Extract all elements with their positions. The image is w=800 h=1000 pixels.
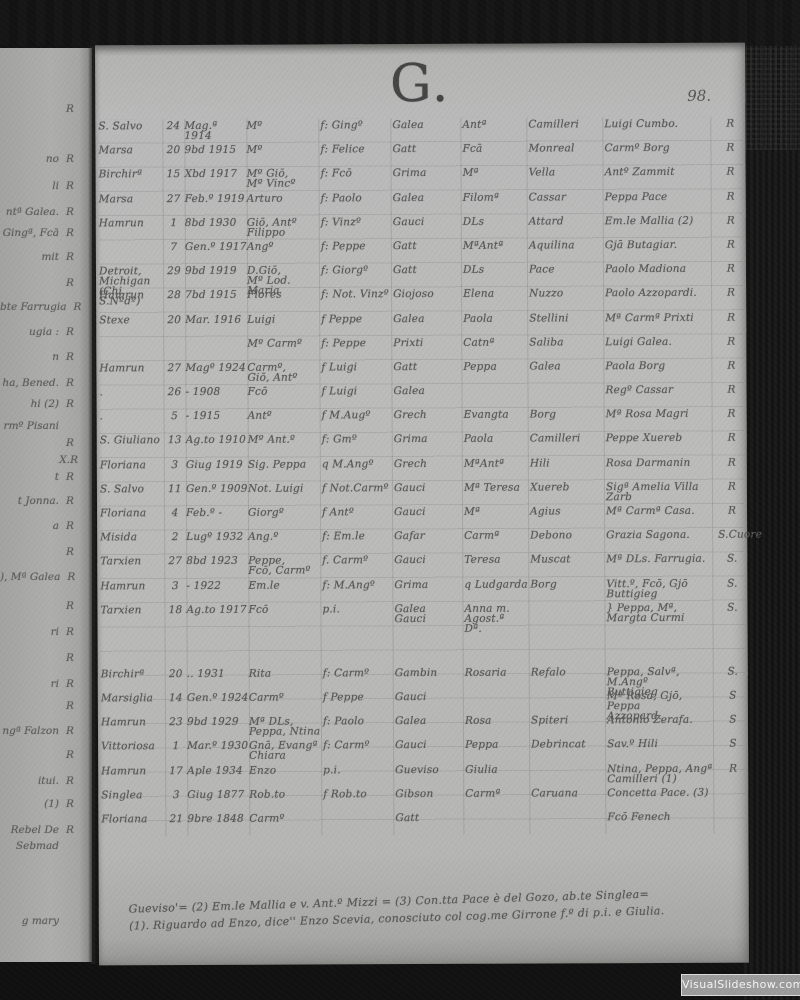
table-row: Hamrun18bd 1930Giō, Antº Filippof: Vinzº… bbox=[99, 213, 743, 240]
register-cell-father: f: Not. Vinzº bbox=[321, 289, 393, 299]
fragment-mark: R bbox=[66, 228, 78, 238]
table-row: Birchirª15Xbd 1917Mº Giō, Mº Vincºf: Fcō… bbox=[99, 165, 743, 192]
register-cell-mark: S bbox=[719, 691, 747, 701]
register-cell-spouse: Rosaria bbox=[465, 667, 531, 677]
register-cell-spouse_family: Borg bbox=[530, 409, 606, 419]
register-cell-place: S. Salvo bbox=[100, 484, 164, 494]
register-cell-name: Gnā, Evangª Chiara bbox=[249, 741, 323, 761]
register-cell-spouse: MªAntª bbox=[464, 458, 530, 468]
register-cell-place: S. Giuliano bbox=[100, 436, 164, 446]
fragment-mark: X.R bbox=[59, 455, 78, 465]
fragment-text: hi (2) bbox=[31, 398, 59, 410]
register-cell-day: 27 bbox=[163, 363, 185, 373]
register-cell-surname: Gatt bbox=[393, 241, 463, 251]
fragment-text: g mary bbox=[22, 915, 59, 927]
facing-page-fragment: (1)R bbox=[0, 799, 78, 809]
register-cell-name: Luigi bbox=[247, 314, 321, 324]
table-row: Hamrun17Aple 1934Enzop.i.GuevisoGiuliaNt… bbox=[101, 761, 745, 788]
register-cell-spouse_family: Agius bbox=[530, 506, 606, 516]
register-cell-place: Singlea bbox=[101, 790, 165, 800]
register-cell-spouse: Evangta bbox=[464, 410, 530, 420]
fragment-mark: R bbox=[66, 601, 78, 611]
register-cell-mark: R bbox=[717, 385, 745, 395]
register-cell-mark: R bbox=[718, 433, 746, 443]
register-cell-place: Misida bbox=[100, 532, 164, 542]
register-cell-date: Ag.to 1917 bbox=[186, 605, 248, 615]
table-row: .26- 1908Fcōf LuigiGaleaRegº CassarR bbox=[99, 383, 743, 410]
facing-page-fragment: ha, Bened.R bbox=[0, 378, 78, 388]
register-cell-date: Xbd 1917 bbox=[185, 169, 247, 179]
register-cell-spouse: Anna m. Agost.ª Dª. bbox=[464, 603, 530, 633]
table-row: Tarxien278bd 1923Peppe, Fcō, Carmºf. Car… bbox=[100, 552, 744, 579]
register-cell-mark: S bbox=[719, 739, 747, 749]
register-cell-day: 20 bbox=[162, 145, 184, 155]
register-cell-surname: Gatt bbox=[393, 265, 463, 275]
register-cell-spouse: DLs bbox=[463, 265, 529, 275]
register-cell-place: Vittoriosa bbox=[101, 741, 165, 751]
scanned-register-page: RnoRliRntª Galea.RGingª, FcāRmitRRbte Fa… bbox=[0, 0, 800, 1000]
register-cell-father: f Luigi bbox=[321, 386, 393, 396]
table-row: Floriana4Feb.º -Giorgºf AntºGauciMªAgius… bbox=[100, 504, 744, 531]
register-cell-father: f M.Augº bbox=[322, 410, 394, 420]
register-cell-name: Mº Ant.º bbox=[248, 435, 322, 445]
register-cell-date: .. 1931 bbox=[187, 669, 249, 679]
register-cell-date: 9bre 1848 bbox=[187, 814, 249, 824]
table-row: Vittoriosa1Mar.º 1930Gnā, Evangª Chiaraf… bbox=[101, 737, 745, 764]
register-cell-mark: R bbox=[718, 457, 746, 467]
register-cell-surname: Grech bbox=[394, 458, 464, 468]
register-cell-spouse: Paola bbox=[464, 434, 530, 444]
register-cell-day: 13 bbox=[164, 435, 186, 445]
facing-page-fragment: hi (2)R bbox=[0, 399, 78, 409]
register-cell-date: Lugº 1932 bbox=[186, 532, 248, 542]
register-cell-witnesses: Vitt.º, Fcō, Gjō Buttigieg bbox=[606, 578, 718, 598]
fragment-text: Sebmad bbox=[16, 840, 59, 852]
register-cell-place: Hamrun bbox=[99, 290, 163, 300]
table-row: Misida2Lugº 1932Ang.ºf: Em.leGafarCarmªD… bbox=[100, 528, 744, 555]
register-cell-father: f: Vinzº bbox=[321, 217, 393, 227]
register-cell-place: Hamrun bbox=[99, 218, 163, 228]
register-cell-date: Feb.º - bbox=[186, 508, 248, 518]
register-cell-name: Mª DLs, Peppa, Ntina bbox=[249, 717, 323, 737]
register-cell-father: f: Em.le bbox=[322, 531, 394, 541]
register-cell-spouse: Giulia bbox=[465, 764, 531, 774]
fragment-mark: R bbox=[66, 496, 78, 506]
register-cell-witnesses: Peppa Pace bbox=[605, 191, 717, 201]
register-cell-mark: S bbox=[719, 715, 747, 725]
register-cell-father: f Peppe bbox=[321, 314, 393, 324]
register-cell-date: 9bd 1915 bbox=[184, 145, 246, 155]
register-cell-date: 9bd 1929 bbox=[187, 717, 249, 727]
register-cell-spouse: Mª bbox=[463, 168, 529, 178]
register-cell-witnesses: Carmº Borg bbox=[604, 143, 716, 153]
register-cell-surname: Galea bbox=[393, 386, 463, 396]
register-cell-place: Floriana bbox=[100, 460, 164, 470]
register-cell-mark: R bbox=[718, 409, 746, 419]
register-cell-place: . bbox=[99, 387, 163, 397]
register-cell-spouse_family: Saliba bbox=[529, 337, 605, 347]
facing-page-fragment: ), Mª GaleaR bbox=[0, 572, 78, 582]
register-cell-father: f: Paolo bbox=[321, 193, 393, 203]
register-cell-witnesses: Mª DLs. Farrugia. bbox=[606, 554, 718, 564]
register-cell-name: Mº bbox=[246, 145, 320, 155]
fragment-text: Rebel De bbox=[11, 824, 59, 836]
register-cell-mark: R bbox=[717, 240, 745, 250]
table-row: Hamrun239bd 1929Mª DLs, Peppa, Ntinaf: P… bbox=[101, 713, 745, 740]
register-cell-father: f: Gmº bbox=[322, 435, 394, 445]
register-cell-mark: S. bbox=[718, 578, 746, 588]
register-cell-spouse_family: Borg bbox=[530, 579, 606, 589]
register-cell-day: 24 bbox=[162, 121, 184, 131]
register-cell-spouse_family: Attard bbox=[529, 216, 605, 226]
facing-page-fragment: ntª Galea.R bbox=[0, 207, 78, 217]
fragment-mark: R bbox=[66, 653, 78, 663]
fragment-text: no bbox=[46, 153, 59, 165]
fragment-mark: R bbox=[66, 627, 78, 637]
fragment-mark: R bbox=[66, 521, 78, 531]
register-cell-spouse: Rosa bbox=[465, 716, 531, 726]
register-cell-name: Carmº bbox=[249, 813, 323, 823]
facing-page-fragment: R bbox=[0, 750, 78, 760]
facing-page-fragment: R bbox=[0, 278, 78, 288]
register-cell-surname: Grima bbox=[394, 434, 464, 444]
register-cell-name: Em.le bbox=[248, 580, 322, 590]
facing-page-fragment: R bbox=[0, 601, 78, 611]
register-cell-place: Floriana bbox=[100, 508, 164, 518]
register-cell-spouse_family: Stellini bbox=[529, 313, 605, 323]
register-cell-date: Gen.º 1909 bbox=[186, 484, 248, 494]
register-cell-name: Peppe, Fcō, Carmº bbox=[248, 556, 322, 576]
register-cell-name: Antº bbox=[248, 411, 322, 421]
facing-page-fragment: Rebel DeR bbox=[0, 825, 78, 835]
table-row: Hamrun3- 1922Em.lef: M.AngºGrimaq Ludgar… bbox=[100, 576, 744, 603]
register-cell-place: Marsa bbox=[98, 145, 162, 155]
register-cell-witnesses: Grazia Sagona. bbox=[606, 530, 718, 540]
register-cell-place: S. Salvo bbox=[98, 121, 162, 131]
register-cell-day: 3 bbox=[164, 581, 186, 591]
register-cell-mark: R bbox=[717, 312, 745, 322]
register-cell-date: 7bd 1915 bbox=[185, 290, 247, 300]
scan-top-band bbox=[0, 0, 800, 46]
fragment-mark: R bbox=[66, 327, 78, 337]
table-row: Hamrun287bd 1915Floresf: Not. VinzºGiojo… bbox=[99, 286, 743, 313]
register-cell-father: f Rob.to bbox=[323, 789, 395, 799]
table-row: Singlea3Giug 1877Rob.tof Rob.toGibsonCar… bbox=[101, 785, 745, 812]
register-cell-day: 4 bbox=[164, 508, 186, 518]
register-cell-father: f Antº bbox=[322, 507, 394, 517]
register-cell-mark: S.Cuore bbox=[718, 530, 746, 540]
register-cell-father: f: Fcō bbox=[321, 169, 393, 179]
register-cell-surname: Grima bbox=[394, 579, 464, 589]
register-cell-witnesses: Mª Rosa Magri bbox=[606, 409, 718, 419]
register-cell-day: 2 bbox=[164, 532, 186, 542]
register-cell-name: Not. Luigi bbox=[248, 483, 322, 493]
fragment-text: li bbox=[52, 180, 59, 192]
register-cell-name: Mº Carmº bbox=[247, 338, 321, 348]
register-cell-spouse_family: Aquilina bbox=[529, 240, 605, 250]
register-cell-day: 15 bbox=[163, 169, 185, 179]
register-cell-date: Mag.ª 1914 bbox=[184, 121, 246, 141]
table-row: S. Salvo11Gen.º 1909Not. Luigif Not.Carm… bbox=[100, 479, 744, 506]
register-cell-spouse: Mª Teresa bbox=[464, 482, 530, 492]
table-row: Stexe20Mar. 1916Luigif PeppeGaleaPaolaSt… bbox=[99, 310, 743, 337]
fragment-text: ri bbox=[51, 626, 59, 638]
register-cell-mark: R bbox=[719, 763, 747, 773]
register-cell-date: Mar. 1916 bbox=[185, 314, 247, 324]
register-cell-surname: Gatt bbox=[395, 813, 465, 823]
register-page: G. 98. S. Salvo24Mag.ª 1914Mºf: GingºGal… bbox=[95, 43, 749, 966]
register-cell-spouse_family: Camilleri bbox=[528, 119, 604, 129]
fragment-text: ri bbox=[51, 678, 59, 690]
facing-page-fragment: liR bbox=[0, 181, 78, 191]
register-cell-father: f: Gingº bbox=[320, 120, 392, 130]
table-row: Birchirª20.. 1931Ritaf: CarmºGambinRosar… bbox=[101, 664, 745, 691]
register-cell-surname: Galea bbox=[395, 716, 465, 726]
facing-page-fragment: noR bbox=[0, 154, 78, 164]
facing-page-fragment: itui.R bbox=[0, 776, 78, 786]
fragment-mark: R bbox=[66, 679, 78, 689]
table-row: Floriana3Giug 1919Sig. Peppaq M.AngºGrec… bbox=[100, 455, 744, 482]
register-cell-date: Aple 1934 bbox=[187, 765, 249, 775]
table-row: 7Gen.º 1917Angºf: PeppeGattMªAntªAquilin… bbox=[99, 238, 743, 265]
register-cell-surname: Gauci bbox=[395, 692, 465, 702]
watermark-link[interactable]: VisualSlideshow.com bbox=[681, 974, 800, 996]
register-cell-place: Tarxien bbox=[100, 557, 164, 567]
register-cell-spouse: Carmª bbox=[464, 531, 530, 541]
register-cell-date: Giug 1919 bbox=[186, 459, 248, 469]
register-cell-spouse_family: Vella bbox=[529, 168, 605, 178]
register-cell-father: f: Giorgº bbox=[321, 265, 393, 275]
fragment-text: t bbox=[55, 471, 59, 483]
register-cell-mark: R bbox=[717, 264, 745, 274]
register-cell-name: Giorgº bbox=[248, 507, 322, 517]
table-row: Hamrun27Magº 1924Carmº, Giō, Antºf Luigi… bbox=[99, 358, 743, 385]
fragment-mark: R bbox=[66, 776, 78, 786]
register-cell-spouse_family: Monreal bbox=[528, 143, 604, 153]
register-cell-father: f Peppe bbox=[323, 692, 395, 702]
register-cell-surname: Gauci bbox=[394, 483, 464, 493]
register-cell-surname: Gauci bbox=[394, 507, 464, 517]
fragment-mark: R bbox=[66, 472, 78, 482]
facing-page-fragment: Sebmad bbox=[0, 841, 78, 851]
register-cell-witnesses: Concetta Pace. (3) bbox=[607, 787, 719, 797]
register-cell-date: Magº 1924 bbox=[185, 363, 247, 373]
register-cell-mark: R bbox=[717, 360, 745, 370]
register-cell-surname: Giojoso bbox=[393, 289, 463, 299]
register-cell-name: Carmº, Giō, Antº bbox=[247, 362, 321, 382]
register-cell-spouse: DLs bbox=[463, 216, 529, 226]
register-cell-name: Fcō bbox=[248, 604, 322, 614]
register-cell-mark: R bbox=[717, 288, 745, 298]
register-cell-date: Gen.º 1917 bbox=[185, 242, 247, 252]
register-cell-day: 29 bbox=[163, 266, 185, 276]
register-cell-surname: Grima bbox=[393, 168, 463, 178]
fragment-mark: R bbox=[66, 438, 78, 448]
register-cell-name: Fcō bbox=[247, 386, 321, 396]
register-cell-date: Giug 1877 bbox=[187, 789, 249, 799]
register-cell-day: 1 bbox=[163, 218, 185, 228]
table-row: Mº Carmºf: PeppePrixtiCatnªSalibaLuigi G… bbox=[99, 334, 743, 361]
register-cell-surname: Gatt bbox=[393, 362, 463, 372]
register-cell-mark: R bbox=[716, 143, 744, 153]
register-cell-name: Sig. Peppa bbox=[248, 459, 322, 469]
register-cell-day: 20 bbox=[163, 315, 185, 325]
register-cell-father: f: Paolo bbox=[323, 716, 395, 726]
register-cell-surname: Gafar bbox=[394, 531, 464, 541]
register-cell-mark: S. bbox=[719, 666, 747, 676]
register-cell-date: Ag.to 1910 bbox=[186, 435, 248, 445]
facing-page-fragment: R bbox=[0, 104, 78, 114]
fragment-text: ugia : bbox=[29, 326, 59, 338]
register-cell-surname: Gatt bbox=[392, 144, 462, 154]
register-cell-witnesses: Em.le Mallia (2) bbox=[605, 215, 717, 225]
register-cell-father: f Not.Carmº bbox=[322, 483, 394, 493]
register-cell-day: 11 bbox=[164, 484, 186, 494]
register-cell-day: 23 bbox=[165, 717, 187, 727]
register-cell-witnesses: Paolo Azzopardi. bbox=[605, 288, 717, 298]
fragment-text: ha, Bened. bbox=[2, 377, 59, 389]
register-cell-mark: R bbox=[717, 167, 745, 177]
fragment-text: ngª Falzon bbox=[2, 725, 59, 737]
fragment-mark: R bbox=[66, 207, 78, 217]
register-cell-surname: Galea bbox=[393, 313, 463, 323]
register-cell-spouse: Mª bbox=[464, 507, 530, 517]
register-cell-day: 27 bbox=[163, 194, 185, 204]
facing-page-fragment: X.R bbox=[0, 455, 78, 465]
register-cell-spouse_family: Debono bbox=[530, 530, 606, 540]
register-cell-witnesses: Rosa Darmanin bbox=[606, 457, 718, 467]
register-cell-surname: Gauci bbox=[395, 740, 465, 750]
register-cell-spouse: Peppa bbox=[463, 361, 529, 371]
register-cell-day: 3 bbox=[165, 790, 187, 800]
table-row: Tarxien18Ag.to 1917Fcōp.i.Galea GauciAnn… bbox=[100, 600, 744, 667]
register-cell-day: 1 bbox=[165, 741, 187, 751]
facing-page-fragment: Gingª, FcāR bbox=[0, 228, 78, 238]
register-cell-surname: Galea Gauci bbox=[394, 604, 464, 624]
register-cell-day: 26 bbox=[163, 387, 185, 397]
facing-page-fragment: ngª FalzonR bbox=[0, 726, 78, 736]
scan-background-texture bbox=[744, 0, 800, 1000]
register-cell-name: Flores bbox=[247, 290, 321, 300]
register-cell-place: Tarxien bbox=[100, 605, 164, 615]
facing-page-fragment: R bbox=[0, 653, 78, 663]
fragment-text: Gingª, Fcā bbox=[3, 227, 59, 239]
register-cell-surname: Gambin bbox=[395, 668, 465, 678]
register-cell-place: Hamrun bbox=[99, 363, 163, 373]
register-cell-date: 8bd 1930 bbox=[185, 218, 247, 228]
fragment-text: ntª Galea. bbox=[6, 206, 59, 218]
register-cell-day: 20 bbox=[165, 669, 187, 679]
facing-page-fragment: aR bbox=[0, 521, 78, 531]
register-cell-spouse_family: Nuzzo bbox=[529, 289, 605, 299]
fragment-text: rmº Pisani bbox=[4, 420, 59, 432]
register-cell-day: 18 bbox=[164, 605, 186, 615]
register-cell-surname: Grech bbox=[394, 410, 464, 420]
fragment-mark: R bbox=[66, 701, 78, 711]
fragment-text: (1) bbox=[44, 798, 59, 810]
register-cell-father: p.i. bbox=[323, 765, 395, 775]
fragment-text: n bbox=[52, 351, 59, 363]
register-cell-name: Rita bbox=[249, 668, 323, 678]
register-cell-date: 8bd 1923 bbox=[186, 556, 248, 566]
register-cell-mark: R bbox=[717, 336, 745, 346]
register-cell-spouse: Filomª bbox=[463, 192, 529, 202]
register-cell-father: f: Carmº bbox=[323, 668, 395, 678]
facing-page-fragment: riR bbox=[0, 679, 78, 689]
register-cell-witnesses: Ntina, Peppa, Angª Camilleri (1) bbox=[607, 763, 719, 783]
facing-page-fragment: bte FarrugiaR bbox=[0, 302, 78, 312]
facing-page-fragment: R bbox=[0, 438, 78, 448]
register-cell-spouse: Teresa bbox=[464, 555, 530, 565]
register-cell-spouse_family: Spiteri bbox=[531, 715, 607, 725]
register-cell-mark: R bbox=[718, 481, 746, 491]
register-cell-name: Rob.to bbox=[249, 789, 323, 799]
fragment-mark: R bbox=[66, 726, 78, 736]
register-cell-spouse_family: Camilleri bbox=[530, 434, 606, 444]
register-cell-date: - 1922 bbox=[186, 580, 248, 590]
fragment-text: bte Farrugia bbox=[0, 301, 66, 313]
register-cell-spouse_family: Pace bbox=[529, 264, 605, 274]
register-cell-father: q M.Angº bbox=[322, 459, 394, 469]
fragment-mark: R bbox=[66, 547, 78, 557]
facing-page-edge: RnoRliRntª Galea.RGingª, FcāRmitRRbte Fa… bbox=[0, 48, 92, 962]
register-cell-witnesses: Mª Carmª Prixti bbox=[605, 312, 717, 322]
fragment-text: ), Mª Galea bbox=[0, 571, 60, 583]
fragment-mark: R bbox=[66, 252, 78, 262]
page-number: 98. bbox=[687, 87, 711, 105]
register-cell-name: Giō, Antº Filippo bbox=[247, 217, 321, 237]
register-cell-witnesses: Peppe Xuereb bbox=[606, 433, 718, 443]
table-row: Floriana219bre 1848CarmºGattFcō Fenech bbox=[101, 809, 745, 836]
register-cell-name: Mº bbox=[246, 120, 320, 130]
register-cell-surname: Galea bbox=[393, 192, 463, 202]
facing-page-fragment: tR bbox=[0, 472, 78, 482]
register-cell-spouse: Elena bbox=[463, 289, 529, 299]
register-cell-spouse_family: Cassar bbox=[529, 192, 605, 202]
fragment-text: t Jonna. bbox=[18, 495, 59, 507]
register-cell-day: 27 bbox=[164, 556, 186, 566]
register-rows: S. Salvo24Mag.ª 1914Mºf: GingºGaleaAntªC… bbox=[98, 117, 745, 837]
facing-page-fragment: g mary bbox=[0, 916, 78, 926]
register-cell-witnesses: Fcō Fenech bbox=[607, 812, 719, 822]
register-cell-surname: Gueviso bbox=[395, 764, 465, 774]
table-row: S. Salvo24Mag.ª 1914Mºf: GingºGaleaAntªC… bbox=[98, 117, 742, 144]
register-cell-surname: Gauci bbox=[393, 217, 463, 227]
register-cell-spouse: Carmª bbox=[465, 788, 531, 798]
register-cell-spouse: Fcā bbox=[462, 144, 528, 154]
register-cell-witnesses: Antonio Zerafa. bbox=[607, 715, 719, 725]
register-cell-place: Hamrun bbox=[100, 581, 164, 591]
fragment-mark: R bbox=[66, 750, 78, 760]
facing-page-fragment: t Jonna.R bbox=[0, 496, 78, 506]
register-cell-name: Angº bbox=[247, 241, 321, 251]
register-cell-place: Hamrun bbox=[101, 717, 165, 727]
register-cell-spouse_family: Hili bbox=[530, 458, 606, 468]
register-cell-spouse_family: Caruana bbox=[531, 788, 607, 798]
register-cell-spouse_family: Muscat bbox=[530, 555, 606, 565]
fragment-mark: R bbox=[66, 399, 78, 409]
register-cell-day: 28 bbox=[163, 290, 185, 300]
register-cell-spouse: MªAntª bbox=[463, 240, 529, 250]
register-cell-place: Birchirª bbox=[101, 669, 165, 679]
register-cell-day: 17 bbox=[165, 766, 187, 776]
register-cell-father: f Luigi bbox=[321, 362, 393, 372]
register-cell-place: . bbox=[100, 411, 164, 421]
table-row: Marsiglia14Gen.º 1924Carmºf PeppeGauciMª… bbox=[101, 689, 745, 716]
register-cell-name: Arturo bbox=[247, 193, 321, 203]
register-cell-spouse_family: Refalo bbox=[531, 667, 607, 677]
register-cell-witnesses: Paolo Madiona bbox=[605, 264, 717, 274]
